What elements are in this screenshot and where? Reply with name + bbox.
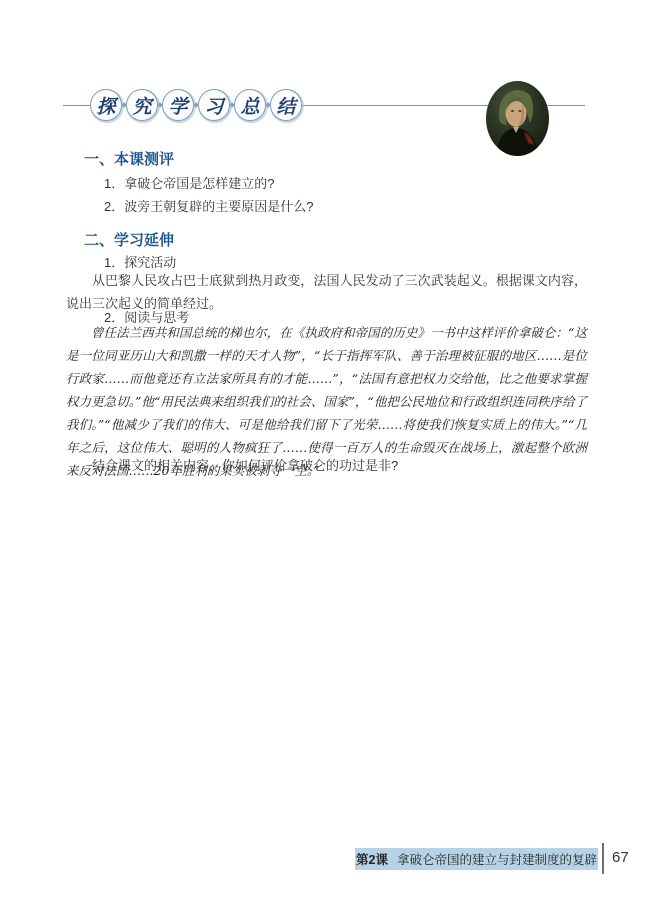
footer-lesson-bar: 第2课 拿破仑帝国的建立与封建制度的复辟 bbox=[355, 848, 598, 870]
banner-circle: 探 bbox=[90, 89, 122, 121]
banner-circle: 究 bbox=[126, 89, 158, 121]
banner-char: 结 bbox=[276, 92, 295, 119]
section-heading-assessment: 一、本课测评 bbox=[84, 148, 174, 169]
banner-circle: 学 bbox=[162, 89, 194, 121]
banner-char: 探 bbox=[96, 92, 115, 119]
footer-lesson-title: 拿破仑帝国的建立与封建制度的复辟 bbox=[397, 850, 597, 868]
napoleon-portrait-image bbox=[486, 81, 549, 156]
extension-activity-title: 1．探究活动 bbox=[104, 252, 176, 271]
footer-divider-line bbox=[602, 843, 604, 874]
assessment-question-1: 1．拿破仑帝国是怎样建立的? bbox=[104, 173, 274, 192]
banner-circle: 总 bbox=[234, 89, 266, 121]
banner-char: 学 bbox=[168, 92, 187, 119]
section-heading-extension: 二、学习延伸 bbox=[84, 229, 174, 250]
banner-char: 究 bbox=[132, 92, 151, 119]
banner-char: 习 bbox=[204, 92, 223, 119]
page-number: 67 bbox=[612, 849, 629, 866]
footer-lesson-number: 第2课 bbox=[356, 850, 388, 868]
banner-circle: 习 bbox=[198, 89, 230, 121]
extension-discussion-question: 结合课文的相关内容，你如何评价拿破仑的功过是非? bbox=[66, 455, 587, 478]
banner-circle: 结 bbox=[270, 89, 302, 121]
banner-char: 总 bbox=[240, 92, 259, 119]
assessment-question-2: 2．波旁王朝复辟的主要原因是什么? bbox=[104, 196, 313, 215]
banner-title: 探 究 学 习 总 结 bbox=[89, 88, 303, 122]
textbook-page: 探 究 学 习 总 结 bbox=[0, 0, 650, 912]
